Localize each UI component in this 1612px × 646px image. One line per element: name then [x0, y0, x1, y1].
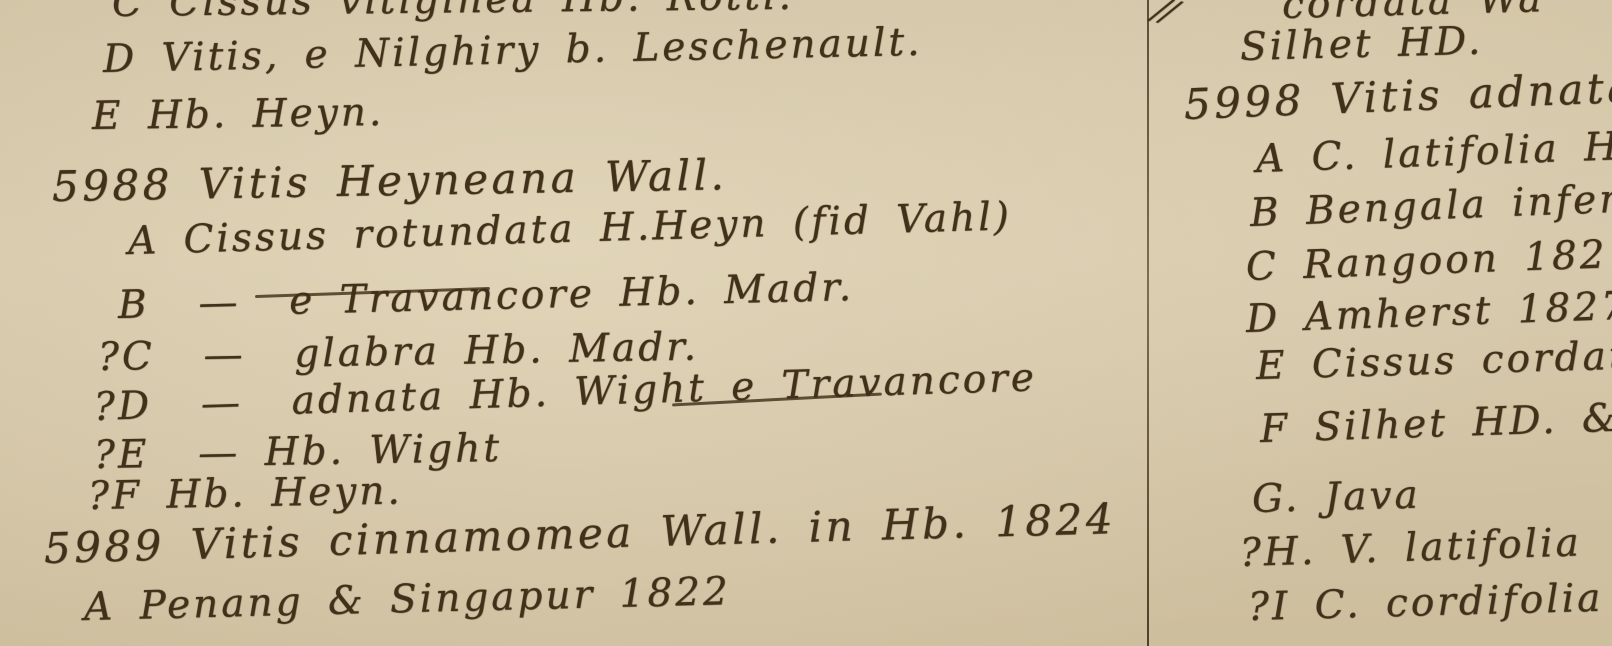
column-divider-rule	[1147, 0, 1149, 646]
manuscript-line: A C. latifolia Hb. Ro	[1255, 123, 1612, 179]
manuscript-line: C Rangoon 182	[1245, 235, 1608, 287]
manuscript-line: C Cissus vitiginea Hb. Rottl.	[112, 0, 794, 23]
manuscript-line: G. Java	[1251, 476, 1421, 519]
entry-number-line: 5988 Vitis Heyneana Wall.	[52, 154, 728, 208]
manuscript-line: D Vitis, e Nilghiry b. Leschenault.	[103, 23, 923, 79]
manuscript-line: Silhet HD.	[1239, 22, 1483, 67]
manuscript-line: ?E — Hb. Wight	[94, 429, 503, 475]
manuscript-line: E Cissus cordata, .	[1255, 334, 1612, 386]
manuscript-line: A Penang & Singapur 1822	[84, 572, 732, 627]
manuscript-line: ?H. V. latifolia Va	[1239, 517, 1612, 573]
manuscript-line: D Amherst 1827	[1245, 287, 1612, 339]
manuscript-line: ?I C. cordifolia	[1247, 579, 1603, 627]
manuscript-line: ?F Hb. Heyn.	[88, 472, 403, 516]
manuscript-line: E Hb. Heyn.	[92, 93, 385, 136]
manuscript-line: B Bengala infer	[1249, 180, 1612, 233]
top-fragment-mark: ⁄⁄	[1154, 0, 1178, 31]
manuscript-page: C Cissus vitiginea Hb. Rottl. D Vitis, e…	[0, 0, 1612, 646]
manuscript-line: B — e Travancore Hb. Madr.	[118, 268, 855, 325]
entry-number-line: 5998 Vitis adnata Ro	[1183, 63, 1612, 126]
manuscript-line: F Silhet HD. & W. J	[1259, 395, 1612, 449]
